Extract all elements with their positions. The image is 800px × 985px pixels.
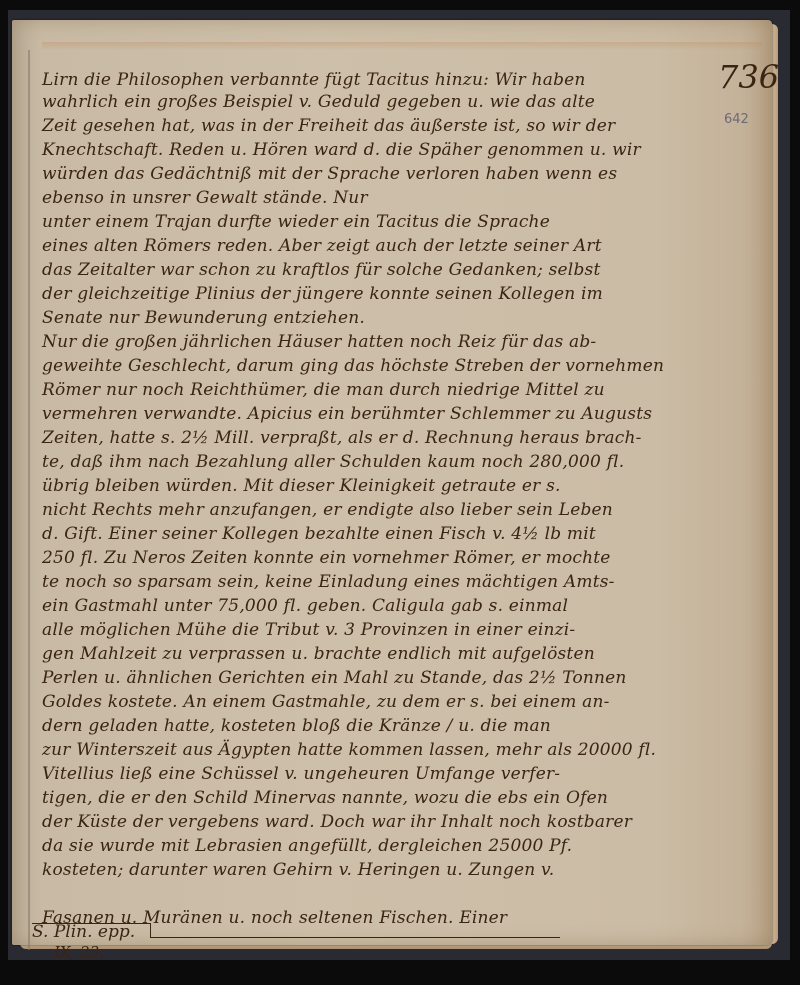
- manuscript-line: gen Mahlzeit zu verprassen u. brachte en…: [42, 644, 595, 664]
- manuscript-line: ein Gastmahl unter 75,000 fl. geben. Cal…: [42, 596, 568, 616]
- archive-number: 642: [724, 112, 749, 127]
- manuscript-line: kosteten; darunter waren Gehirn v. Herin…: [42, 860, 554, 880]
- manuscript-line: vermehren verwandte. Apicius ein berühmt…: [42, 404, 652, 424]
- manuscript-line: Lirn die Philosophen verbannte fügt Taci…: [42, 70, 586, 90]
- folio-number: 736: [718, 58, 779, 96]
- manuscript-line: d. Gift. Einer seiner Kollegen bezahlte …: [42, 524, 596, 544]
- footnote-reference: IX, 23.: [32, 942, 135, 962]
- manuscript-line: unter einem Trajan durfte wieder ein Tac…: [42, 212, 550, 232]
- footnote: S. Plin. epp. IX, 23.: [32, 922, 135, 962]
- paper-stain: [42, 42, 762, 50]
- manuscript-line: Goldes kostete. An einem Gastmahle, zu d…: [42, 692, 610, 712]
- manuscript-line: nicht Rechts mehr anzufangen, er endigte…: [42, 500, 613, 520]
- manuscript-line: da sie wurde mit Lebrasien angefüllt, de…: [42, 836, 572, 856]
- manuscript-line: Senate nur Bewunderung entziehen.: [42, 308, 365, 328]
- manuscript-page: 736 642 Lirn die Philosophen verbannte f…: [12, 20, 772, 945]
- manuscript-line: Zeit gesehen hat, was in der Freiheit da…: [42, 116, 615, 136]
- manuscript-line: eines alten Römers reden. Aber zeigt auc…: [42, 236, 602, 256]
- manuscript-line: würden das Gedächtniß mit der Sprache ve…: [42, 164, 617, 184]
- manuscript-line: Zeiten, hatte s. 2½ Mill. verpraßt, als …: [42, 428, 642, 448]
- manuscript-line: dern geladen hatte, kosteten bloß die Kr…: [42, 716, 551, 736]
- manuscript-line: ebenso in unsrer Gewalt stände. Nur: [42, 188, 368, 208]
- manuscript-line: Perlen u. ähnlichen Gerichten ein Mahl z…: [42, 668, 627, 688]
- manuscript-line: der Küste der vergebens ward. Doch war i…: [42, 812, 632, 832]
- footnote-bracket: [150, 923, 151, 937]
- manuscript-line: geweihte Geschlecht, darum ging das höch…: [42, 356, 664, 376]
- manuscript-line: alle möglichen Mühe die Tribut v. 3 Prov…: [42, 620, 575, 640]
- manuscript-line: tigen, die er den Schild Minervas nannte…: [42, 788, 608, 808]
- manuscript-line: te noch so sparsam sein, keine Einladung…: [42, 572, 615, 592]
- manuscript-line: das Zeitalter war schon zu kraftlos für …: [42, 260, 600, 280]
- manuscript-line: Römer nur noch Reichthümer, die man durc…: [42, 380, 605, 400]
- manuscript-line: Nur die großen jährlichen Häuser hatten …: [42, 332, 596, 352]
- manuscript-line: der gleichzeitige Plinius der jüngere ko…: [42, 284, 603, 304]
- manuscript-line: wahrlich ein großes Beispiel v. Geduld g…: [42, 92, 595, 112]
- footnote-source: S. Plin. epp.: [32, 922, 135, 942]
- footnote-rule-continued: [150, 937, 560, 938]
- binding-line: [28, 50, 30, 950]
- manuscript-line: übrig bleiben würden. Mit dieser Kleinig…: [42, 476, 561, 496]
- manuscript-line: 250 fl. Zu Neros Zeiten konnte ein vorne…: [42, 548, 611, 568]
- manuscript-line: zur Winterszeit aus Ägypten hatte kommen…: [42, 740, 656, 760]
- manuscript-line: Knechtschaft. Reden u. Hören ward d. die…: [42, 140, 641, 160]
- manuscript-line: te, daß ihm nach Bezahlung aller Schulde…: [42, 452, 624, 472]
- manuscript-line: Vitellius ließ eine Schüssel v. ungeheur…: [42, 764, 560, 784]
